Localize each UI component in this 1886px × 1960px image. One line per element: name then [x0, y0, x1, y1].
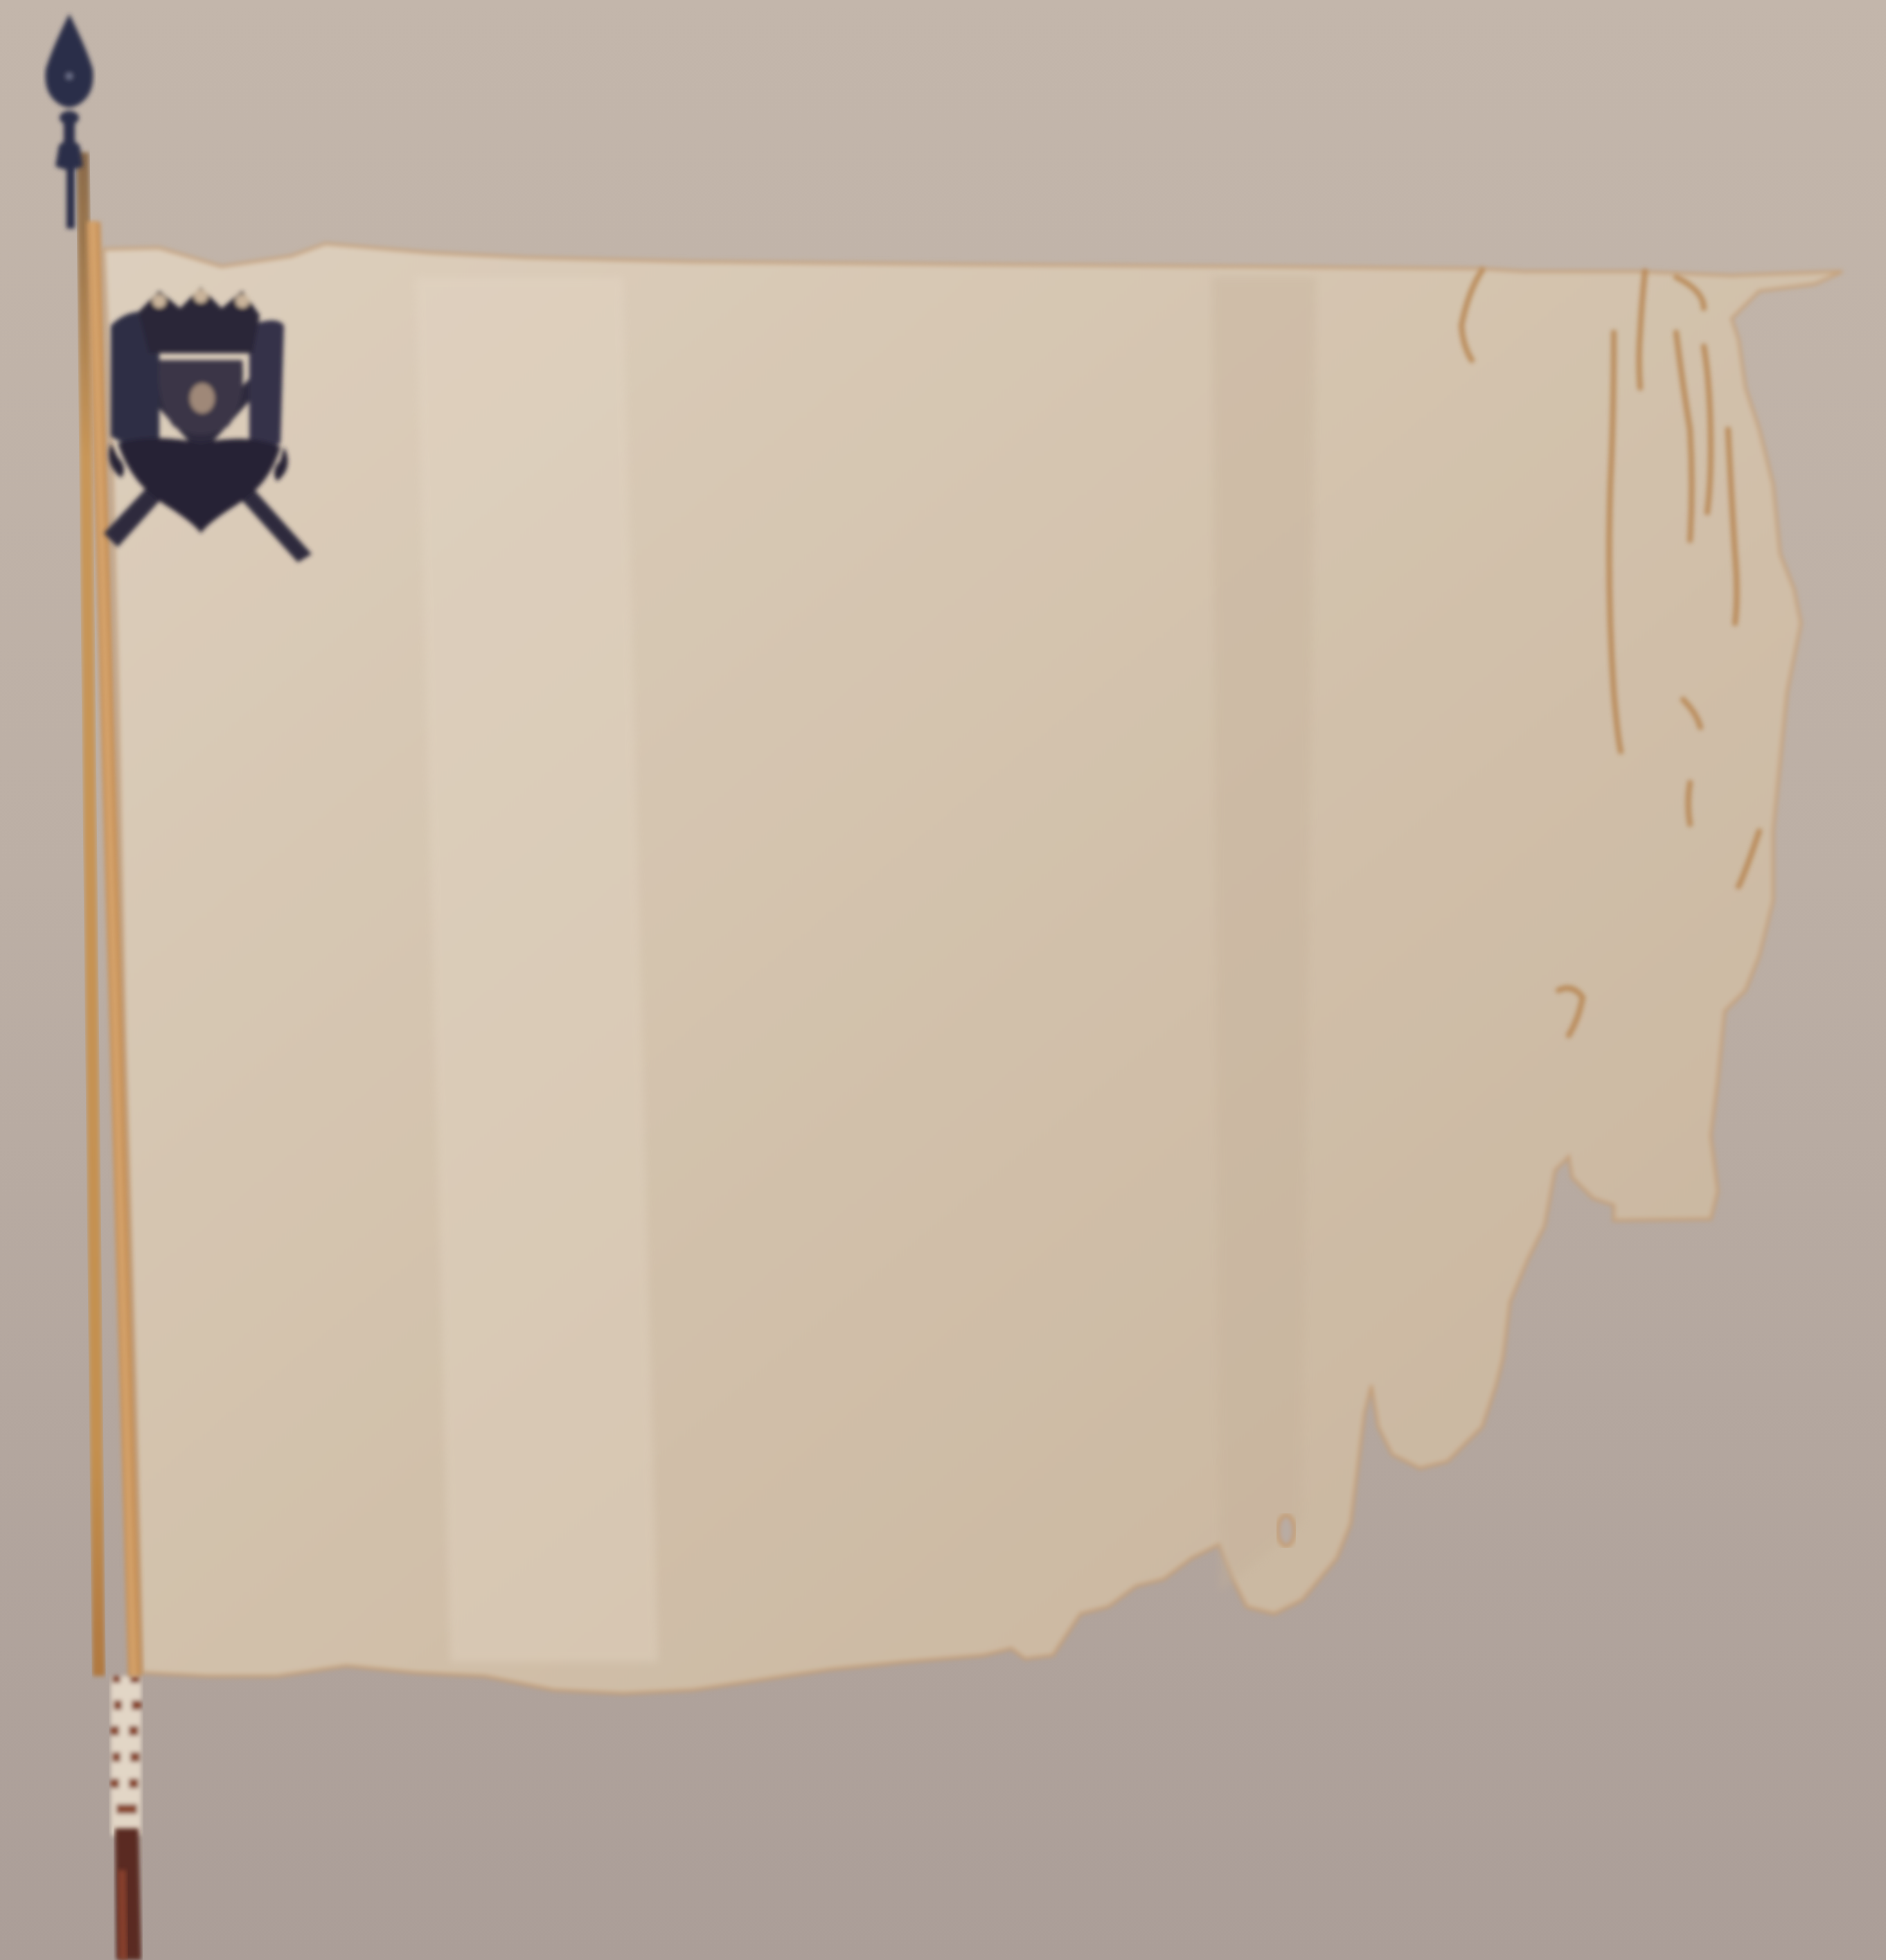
cloth-hole: [1278, 1515, 1295, 1546]
flag-illustration: [0, 0, 1886, 1960]
flag-painting: Tattered white historical regimental fla…: [0, 0, 1886, 1960]
flag-cloth: [104, 244, 1842, 1693]
cord-binding: [111, 1676, 141, 1835]
coat-of-arms-emblem: [104, 287, 312, 562]
